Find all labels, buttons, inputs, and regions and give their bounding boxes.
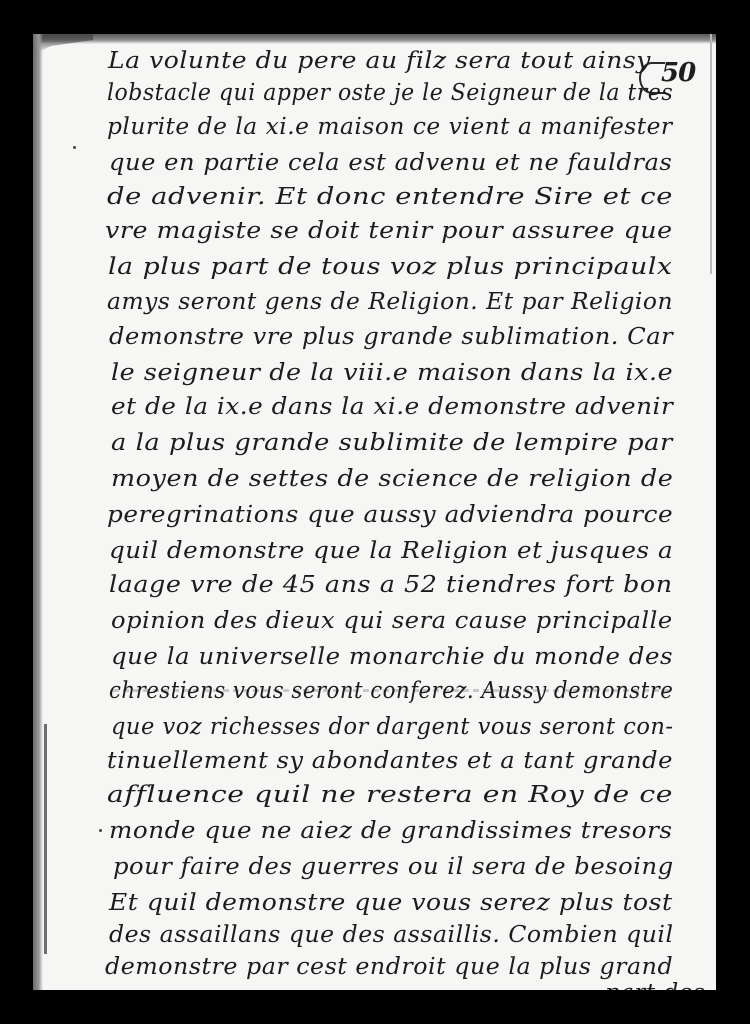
manuscript-line: affluence quil ne restera en Roy de ce xyxy=(107,782,673,808)
manuscript-line: la plus part de tous voz plus principaul… xyxy=(108,254,673,280)
manuscript-line: plurite de la xi.e maison ce vient a man… xyxy=(107,114,673,140)
ink-speck xyxy=(99,829,102,832)
page-binding-shadow xyxy=(33,34,43,990)
manuscript-line: pour faire des guerres ou il sera de bes… xyxy=(113,854,674,880)
manuscript-line: La volunte du pere au filz sera tout ain… xyxy=(108,48,673,74)
manuscript-line: chrestiens vous seront conferez. Aussy d… xyxy=(109,678,673,704)
binding-margin-line xyxy=(44,724,47,954)
manuscript-line: des assaillans que des assaillis. Combie… xyxy=(109,922,674,948)
manuscript-line: vre magiste se doit tenir pour assuree q… xyxy=(105,218,673,244)
manuscript-line: moyen de settes de science de religion d… xyxy=(111,466,673,492)
manuscript-page: 50 La volunte du pere au filz sera tout … xyxy=(33,34,716,990)
manuscript-line: a la plus grande sublimite de lempire pa… xyxy=(111,430,673,456)
page-top-edge-shadow xyxy=(33,34,716,44)
manuscript-line: peregrinations que aussy adviendra pourc… xyxy=(107,502,673,528)
manuscript-line: opinion des dieux qui sera cause princip… xyxy=(111,608,673,634)
catchword: part des xyxy=(605,980,705,990)
manuscript-line: quil demonstre que la Religion et jusque… xyxy=(109,538,673,564)
manuscript-line: de advenir. Et donc entendre Sire et ce xyxy=(107,184,673,210)
manuscript-line: demonstre par cest endroit que la plus g… xyxy=(105,954,673,980)
manuscript-line: et de la ix.e dans la xi.e demonstre adv… xyxy=(111,394,673,420)
manuscript-line: tinuellement sy abondantes et a tant gra… xyxy=(107,748,673,774)
manuscript-line: amys seront gens de Religion. Et par Rel… xyxy=(107,289,673,315)
page-right-edge xyxy=(710,34,712,274)
manuscript-line: demonstre vre plus grande sublimation. C… xyxy=(109,324,673,350)
manuscript-line: lobstacle qui apper oste je le Seigneur … xyxy=(107,80,673,106)
manuscript-line: laage vre de 45 ans a 52 tiendres fort b… xyxy=(109,572,673,598)
manuscript-line: que la universelle monarchie du monde de… xyxy=(111,644,673,670)
manuscript-line: que en partie cela est advenu et ne faul… xyxy=(109,150,672,176)
manuscript-line: que voz richesses dor dargent vous seron… xyxy=(111,714,674,740)
manuscript-line: le seigneur de la viii.e maison dans la … xyxy=(111,360,673,386)
manuscript-line: Et quil demonstre que vous serez plus to… xyxy=(109,890,673,916)
manuscript-line: monde que ne aiez de grandissimes tresor… xyxy=(109,818,673,844)
ink-speck xyxy=(73,146,76,149)
